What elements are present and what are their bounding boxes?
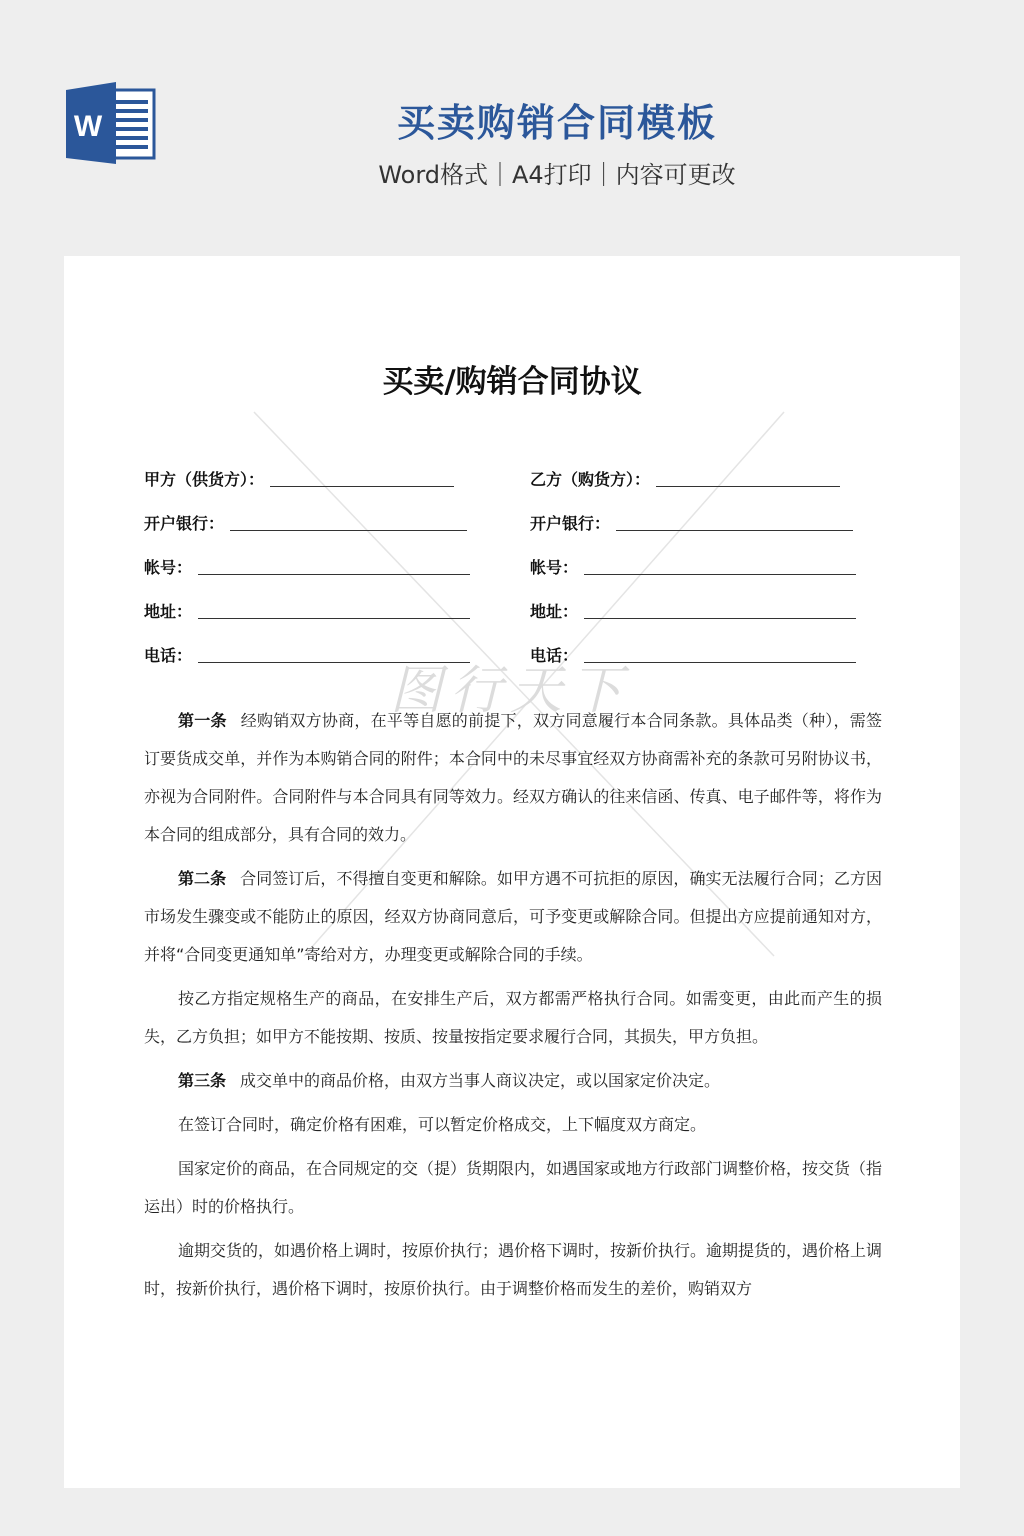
paragraph: 按乙方指定规格生产的商品，在安排生产后，双方都需严格执行合同。如需变更，由此而产… xyxy=(144,980,882,1056)
paragraph: 国家定价的商品，在合同规定的交（提）货期限内，如遇国家或地方行政部门调整价格，按… xyxy=(144,1150,882,1226)
party-a-phone-field[interactable] xyxy=(198,642,470,663)
field-row-party-a-phone: 电话： xyxy=(144,622,484,666)
article-label: 第二条 xyxy=(178,869,226,888)
paragraph-text: 在签订合同时，确定价格有困难，可以暂定价格成交，上下幅度双方商定。 xyxy=(178,1115,706,1134)
field-label: 帐号： xyxy=(530,555,578,578)
field-row-party-a-name: 甲方（供货方）： xyxy=(144,446,484,490)
paragraph-text: 按乙方指定规格生产的商品，在安排生产后，双方都需严格执行合同。如需变更，由此而产… xyxy=(144,989,882,1046)
article-3: 第三条成交单中的商品价格，由双方当事人商议决定，或以国家定价决定。 xyxy=(144,1062,882,1100)
field-row-party-b-phone: 电话： xyxy=(530,622,870,666)
article-1: 第一条经购销双方协商，在平等自愿的前提下，双方同意履行本合同条款。具体品类（种）… xyxy=(144,702,882,854)
field-label: 地址： xyxy=(530,599,578,622)
party-a-name-field[interactable] xyxy=(270,466,454,487)
article-label: 第三条 xyxy=(178,1071,226,1090)
field-label: 开户银行： xyxy=(530,511,610,534)
document-title: 买卖/购销合同协议 xyxy=(64,356,960,401)
party-a-fields: 甲方（供货方）： 开户银行： 帐号： 地址： 电话： xyxy=(144,446,484,666)
field-label: 开户银行： xyxy=(144,511,224,534)
field-row-party-a-bank: 开户银行： xyxy=(144,490,484,534)
party-a-account-field[interactable] xyxy=(198,554,470,575)
field-row-party-b-bank: 开户银行： xyxy=(530,490,870,534)
field-label: 甲方（供货方）： xyxy=(144,467,264,490)
party-b-name-field[interactable] xyxy=(656,466,840,487)
article-text: 合同签订后，不得擅自变更和解除。如甲方遇不可抗拒的原因，确实无法履行合同；乙方因… xyxy=(144,869,882,964)
party-b-address-field[interactable] xyxy=(584,598,856,619)
party-b-fields: 乙方（购货方）： 开户银行： 帐号： 地址： 电话： xyxy=(530,446,870,666)
party-a-address-field[interactable] xyxy=(198,598,470,619)
party-b-bank-field[interactable] xyxy=(616,510,853,531)
paragraph: 在签订合同时，确定价格有困难，可以暂定价格成交，上下幅度双方商定。 xyxy=(144,1106,882,1144)
paragraph: 逾期交货的，如遇价格上调时，按原价执行；遇价格下调时，按新价执行。逾期提货的，遇… xyxy=(144,1232,882,1308)
field-row-party-b-name: 乙方（购货方）： xyxy=(530,446,870,490)
field-label: 地址： xyxy=(144,599,192,622)
field-label: 电话： xyxy=(144,643,192,666)
field-label: 电话： xyxy=(530,643,578,666)
svg-text:W: W xyxy=(74,110,103,143)
document-page: 图行天下 买卖/购销合同协议 甲方（供货方）： 开户银行： 帐号： 地址： 电话… xyxy=(64,256,960,1488)
party-b-account-field[interactable] xyxy=(584,554,856,575)
paragraph-text: 逾期交货的，如遇价格上调时，按原价执行；遇价格下调时，按新价执行。逾期提货的，遇… xyxy=(144,1241,882,1298)
field-row-party-b-address: 地址： xyxy=(530,578,870,622)
header-subtitle: Word格式｜A4打印｜内容可更改 xyxy=(300,155,814,190)
contract-body: 第一条经购销双方协商，在平等自愿的前提下，双方同意履行本合同条款。具体品类（种）… xyxy=(144,702,882,1314)
field-label: 乙方（购货方）： xyxy=(530,467,650,490)
article-text: 经购销双方协商，在平等自愿的前提下，双方同意履行本合同条款。具体品类（种），需签… xyxy=(144,711,882,844)
article-text: 成交单中的商品价格，由双方当事人商议决定，或以国家定价决定。 xyxy=(240,1071,720,1090)
word-icon: W xyxy=(64,82,156,164)
field-label: 帐号： xyxy=(144,555,192,578)
field-row-party-b-account: 帐号： xyxy=(530,534,870,578)
field-row-party-a-account: 帐号： xyxy=(144,534,484,578)
article-2: 第二条合同签订后，不得擅自变更和解除。如甲方遇不可抗拒的原因，确实无法履行合同；… xyxy=(144,860,882,974)
party-b-phone-field[interactable] xyxy=(584,642,856,663)
party-a-bank-field[interactable] xyxy=(230,510,467,531)
field-row-party-a-address: 地址： xyxy=(144,578,484,622)
paragraph-text: 国家定价的商品，在合同规定的交（提）货期限内，如遇国家或地方行政部门调整价格，按… xyxy=(144,1159,882,1216)
header-title: 买卖购销合同模板 xyxy=(300,92,814,147)
article-label: 第一条 xyxy=(178,711,227,730)
